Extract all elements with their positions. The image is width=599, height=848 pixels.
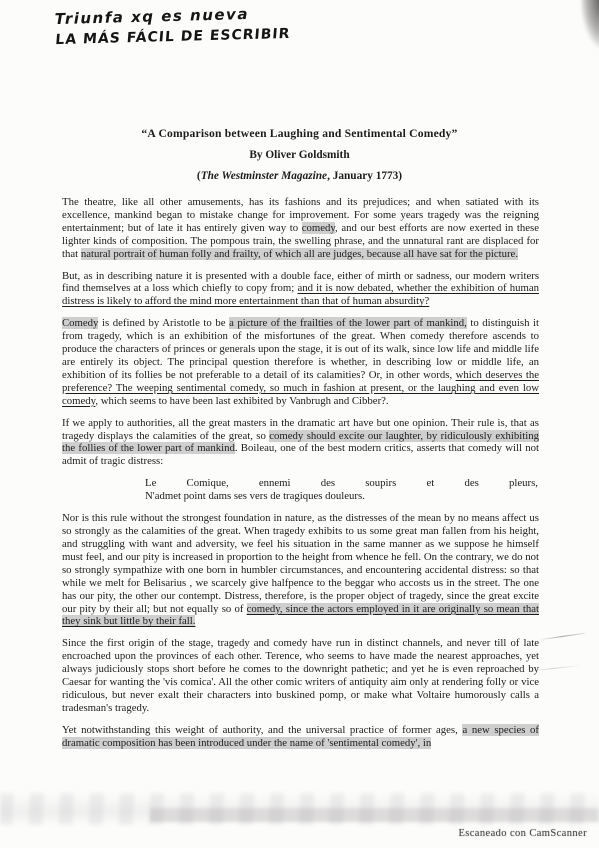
paragraph: Yet notwithstanding this weight of autho… [62, 724, 539, 750]
text-run: , which seems to have been last exhibite… [95, 395, 388, 407]
paragraph: But, as in describing nature it is prese… [62, 270, 539, 309]
handwritten-note: Triunfa xq es nueva LA MÁS FÁCIL DE ESCR… [55, 3, 291, 50]
scan-scratch-mark [539, 633, 585, 640]
scan-shadow-strip [150, 808, 599, 822]
scanned-page: Triunfa xq es nueva LA MÁS FÁCIL DE ESCR… [0, 0, 599, 848]
handwritten-note-line2: LA MÁS FÁCIL DE ESCRIBIR [55, 25, 291, 50]
text-run: Nor is this rule without the strongest f… [62, 512, 539, 614]
paragraph: If we apply to authorities, all the grea… [62, 417, 539, 469]
verse-quote: Le Comique, ennemi des soupirs et des pl… [145, 477, 538, 503]
paragraph: Comedy is defined by Aristotle to be a p… [62, 317, 539, 407]
highlighted-text: comedy [302, 222, 335, 234]
publication-source: (The Westminster Magazine, January 1773) [0, 170, 599, 182]
text-run: Since the first origin of the stage, tra… [62, 637, 539, 714]
text-run: is defined by Aristotle to be [98, 317, 229, 329]
camscanner-watermark: Escaneado con CamScanner [458, 828, 587, 839]
paragraph: Since the first origin of the stage, tra… [62, 637, 539, 714]
author-byline: By Oliver Goldsmith [0, 149, 599, 161]
highlighted-text: Comedy [62, 317, 98, 329]
body-text: The theatre, like all other amusements, … [62, 196, 539, 759]
highlighted-text: natural portrait of human folly and frai… [81, 248, 518, 260]
paragraph: Nor is this rule without the strongest f… [62, 512, 539, 628]
source-date: , January 1773) [327, 170, 402, 182]
document-title: “A Comparison between Laughing and Senti… [0, 127, 599, 140]
verse-line: Le Comique, ennemi des soupirs et des pl… [145, 477, 538, 490]
paragraph: The theatre, like all other amusements, … [62, 196, 539, 261]
highlighted-text: a picture of the frailties of the lower … [229, 317, 467, 329]
scan-corner-smudge [581, 0, 599, 48]
verse-line: N'admet point dams ses vers de tragiques… [145, 490, 538, 503]
source-magazine-name: The Westminster Magazine [201, 170, 327, 182]
text-run: Yet notwithstanding this weight of autho… [62, 724, 462, 736]
document-header: “A Comparison between Laughing and Senti… [0, 127, 599, 182]
